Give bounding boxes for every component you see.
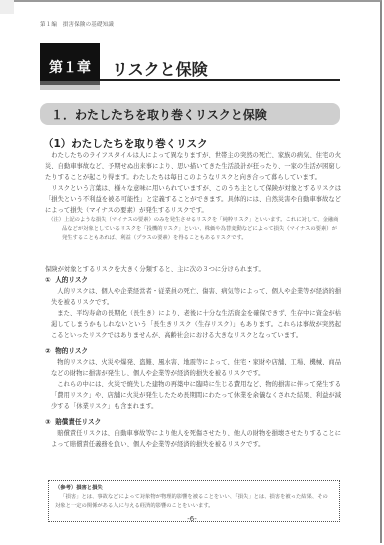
- chapter-underline: [100, 79, 340, 81]
- risk-item-title: ③ 賠償責任リスク: [45, 417, 341, 428]
- reference-title: （参考）損害と損失: [55, 484, 333, 493]
- chapter-number: 第１章: [40, 43, 100, 81]
- chapter-title: リスクと保険: [112, 57, 208, 80]
- classification-intro: 保険が対象とするリスクを大きく分類すると、主に次の３つに分けられます。: [45, 264, 341, 275]
- item-marker: ①: [45, 276, 51, 284]
- paragraph: 物的リスクは、火災や爆発、盗難、風水害、地震等によって、住宅・家財や店舗、工場、…: [51, 357, 341, 379]
- item-title: 賠償責任リスク: [55, 418, 101, 426]
- item-marker: ②: [45, 347, 51, 355]
- item-marker: ③: [45, 418, 51, 426]
- intro-body: わたしたちのライフスタイルは人によって異なりますが、世帯主の突然の死亡、家族の病…: [45, 150, 341, 243]
- paragraph: また、平均寿命の長期化（長生き）により、老後に十分な生活資金を確保できず、生存中…: [51, 308, 341, 341]
- page-number: -6-: [0, 515, 384, 523]
- paragraph: これらの中には、火災で焼失した建物の再築中に臨時に生じる費用など、物的損害に伴っ…: [51, 379, 341, 412]
- item-title: 物的リスク: [55, 347, 88, 355]
- subsection-heading: （1）わたしたちを取り巻くリスク: [43, 136, 208, 151]
- chapter-heading: 第１章 リスクと保険: [40, 43, 340, 87]
- running-head: 第１編 損害保険の基礎知識: [40, 20, 114, 28]
- page-corner: [0, 0, 14, 14]
- section-heading: １．わたしたちを取り巻くリスクと保険: [40, 103, 340, 125]
- chapter-box-shadow-light: [40, 85, 100, 90]
- risk-item-liability: ③ 賠償責任リスク 賠償責任リスクは、自動車事故等により他人を死傷させたり、他人…: [45, 417, 341, 450]
- risk-item-title: ② 物的リスク: [45, 346, 341, 357]
- reference-text: 「損害」とは、事故などによって対象物が物理的影響を被ることをいい、「損失」とは、…: [55, 493, 333, 511]
- risk-item-property: ② 物的リスク 物的リスクは、火災や爆発、盗難、風水害、地震等によって、住宅・家…: [45, 346, 341, 412]
- item-title: 人的リスク: [55, 276, 88, 284]
- paragraph: リスクという言葉は、様々な意味に用いられていますが、このうち主として保険が対象と…: [45, 183, 341, 216]
- risk-classification: 保険が対象とするリスクを大きく分類すると、主に次の３つに分けられます。 ① 人的…: [45, 264, 341, 450]
- paragraph: 人的リスクは、個人や企業経営者・従業員の死亡、傷害、病気等によって、個人や企業等…: [51, 286, 341, 308]
- risk-item-title: ① 人的リスク: [45, 275, 341, 286]
- paragraph: 賠償責任リスクは、自動車事故等により他人を死傷させたり、他人の財物を損壊させたり…: [51, 428, 341, 450]
- footnote: （注）上記のような損失（マイナスの要素）のみを発生させるリスクを「純粋リスク」と…: [45, 216, 341, 243]
- paragraph: わたしたちのライフスタイルは人によって異なりますが、世帯主の突然の死亡、家族の病…: [45, 150, 341, 183]
- risk-item-personal: ① 人的リスク 人的リスクは、個人や企業経営者・従業員の死亡、傷害、病気等によっ…: [45, 275, 341, 341]
